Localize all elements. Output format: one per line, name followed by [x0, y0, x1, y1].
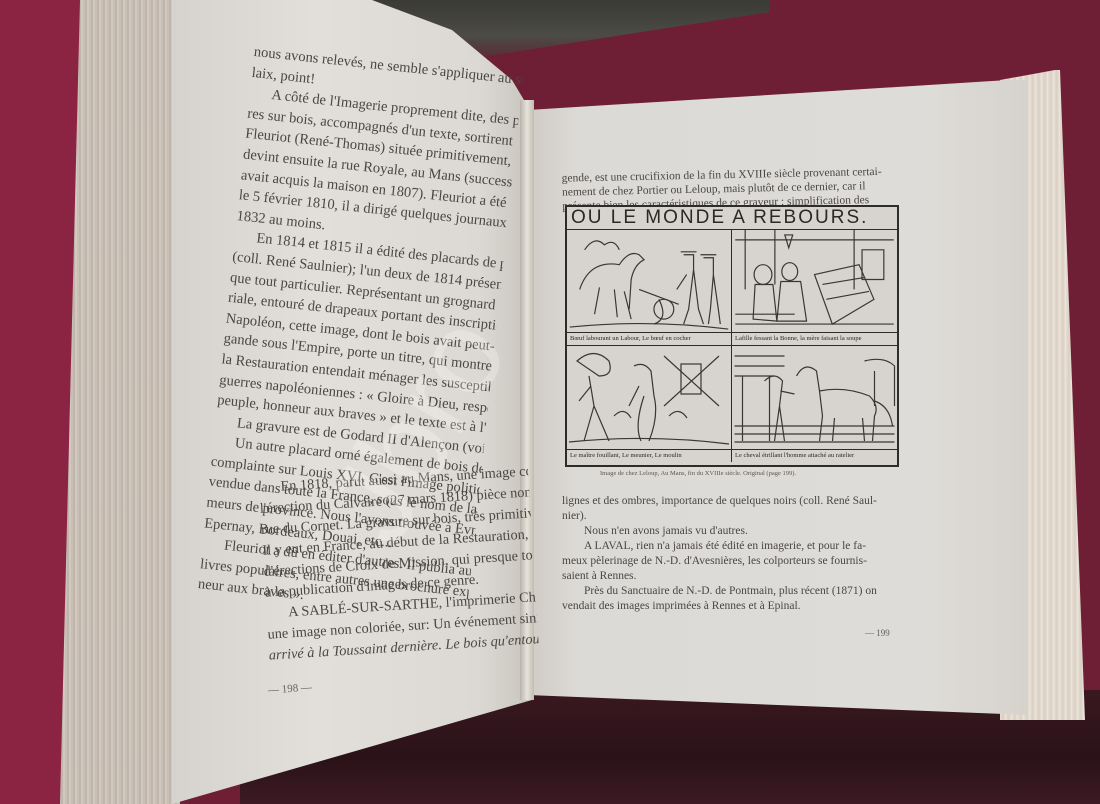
- text-line: meux pèlerinage de N.-D. d'Avesnières, l…: [562, 554, 907, 569]
- interior-scene-drawing: [732, 230, 897, 333]
- woodcut-title: OU LE MONDE A REBOURS.: [567, 207, 897, 230]
- woodcut-caption: Image de chez Leloup, Au Mans, fin du XV…: [600, 470, 890, 477]
- panel-caption: Bœuf labourant un Labour, Le bœuf en coc…: [567, 332, 731, 345]
- panel-caption: Le maître fouillant, Le meunier, Le moul…: [567, 449, 731, 462]
- woodcut-panel-horse-grooming: Le cheval étrillant l'homme attaché au r…: [732, 346, 897, 462]
- text-line: nier).: [562, 509, 907, 524]
- panel-caption: Lafille fessant la Bonne, la mère faisan…: [732, 332, 897, 345]
- right-page-text-bottom: lignes et des ombres, importance de quel…: [562, 494, 907, 614]
- left-page-block-edges: [60, 0, 180, 804]
- page-number-right: — 199: [865, 628, 890, 638]
- woodcut-panel-interior: Lafille fessant la Bonne, la mère faisan…: [732, 230, 897, 346]
- left-page-text-bottom: En 1818, parut aussi au Mans, une image …: [258, 462, 539, 667]
- panel-caption: Le cheval étrillant l'homme attaché au r…: [732, 449, 897, 462]
- text-line: Près du Sanctuaire de N.-D. de Pontmain,…: [562, 584, 907, 599]
- text-line: Nous n'en avons jamais vu d'autres.: [562, 524, 907, 539]
- miller-windmill-drawing: [567, 346, 731, 450]
- text-line: saient à Rennes.: [562, 569, 907, 584]
- text-line: A LAVAL, rien n'a jamais été édité en im…: [562, 539, 907, 554]
- woodcut-panel-miller: Le maître fouillant, Le meunier, Le moul…: [567, 346, 732, 462]
- text-line: vendait des images imprimées à Rennes et…: [562, 599, 907, 614]
- horse-grooming-drawing: [732, 346, 897, 450]
- text-line: lignes et des ombres, importance de quel…: [562, 494, 907, 509]
- woodcut-panel-horse-plough: Bœuf labourant un Labour, Le bœuf en coc…: [567, 230, 732, 346]
- horse-plough-drawing: [567, 230, 731, 333]
- woodcut-illustration: OU LE MONDE A REBOURS. Bœuf labourant un…: [565, 205, 899, 467]
